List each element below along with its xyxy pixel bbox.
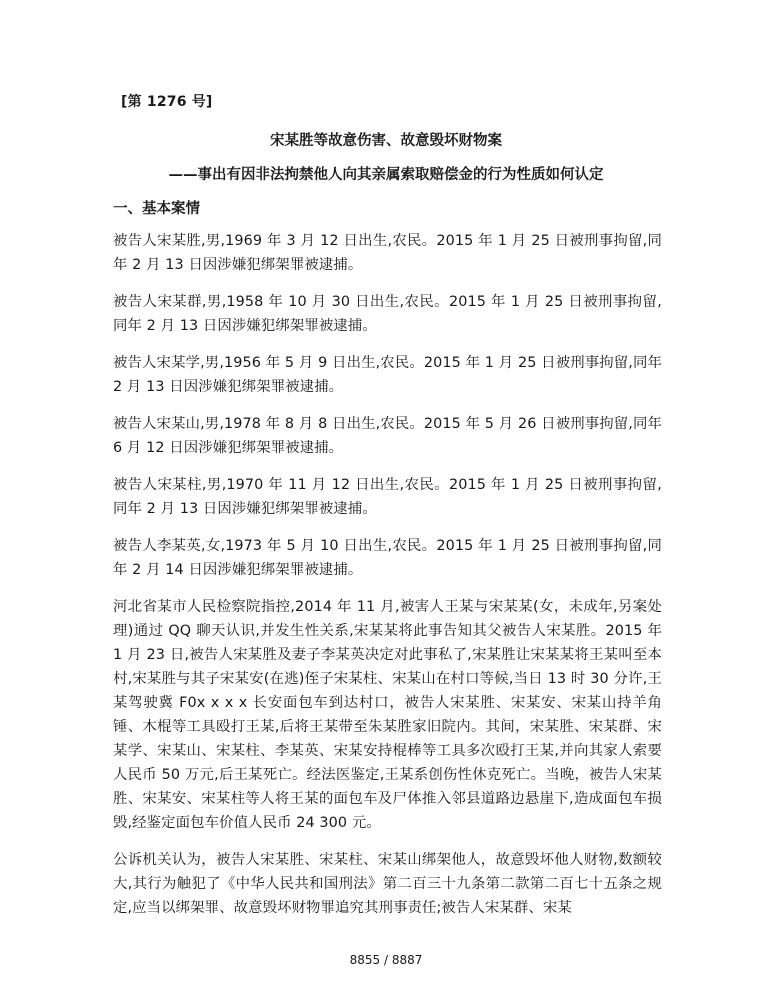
paragraph-defendant-4: 被告人宋某山,男,1978 年 8 月 8 日出生,农民。2015 年 5 月 … <box>113 412 662 460</box>
case-title: 宋某胜等故意伤害、故意毁坏财物案 <box>0 129 772 150</box>
paragraph-defendant-3: 被告人宋某学,男,1956 年 5 月 9 日出生,农民。2015 年 1 月 … <box>113 351 662 399</box>
document-body: 被告人宋某胜,男,1969 年 3 月 12 日出生,农民。2015 年 1 月… <box>113 229 662 933</box>
section-heading-basic-facts: 一、基本案情 <box>113 197 200 218</box>
paragraph-prosecution-charges: 河北省某市人民检察院指控,2014 年 11 月,被害人王某与宋某某(女，未成年… <box>113 595 662 835</box>
paragraph-defendant-5: 被告人宋某柱,男,1970 年 11 月 12 日出生,农民。2015 年 1 … <box>113 473 662 521</box>
paragraph-defendant-1: 被告人宋某胜,男,1969 年 3 月 12 日出生,农民。2015 年 1 月… <box>113 229 662 277</box>
case-number: [第 1276 号] <box>121 91 213 111</box>
case-subtitle: ——事出有因非法拘禁他人向其亲属索取赔偿金的行为性质如何认定 <box>0 163 772 184</box>
paragraph-prosecution-opinion: 公诉机关认为，被告人宋某胜、宋某柱、宋某山绑架他人，故意毁坏他人财物,数额较大,… <box>113 848 662 920</box>
document-page: [第 1276 号] 宋某胜等故意伤害、故意毁坏财物案 ——事出有因非法拘禁他人… <box>0 0 772 999</box>
paragraph-defendant-6: 被告人李某英,女,1973 年 5 月 10 日出生,农民。2015 年 1 月… <box>113 534 662 582</box>
page-indicator: 8855 / 8887 <box>0 953 772 967</box>
paragraph-defendant-2: 被告人宋某群,男,1958 年 10 月 30 日出生,农民。2015 年 1 … <box>113 290 662 338</box>
